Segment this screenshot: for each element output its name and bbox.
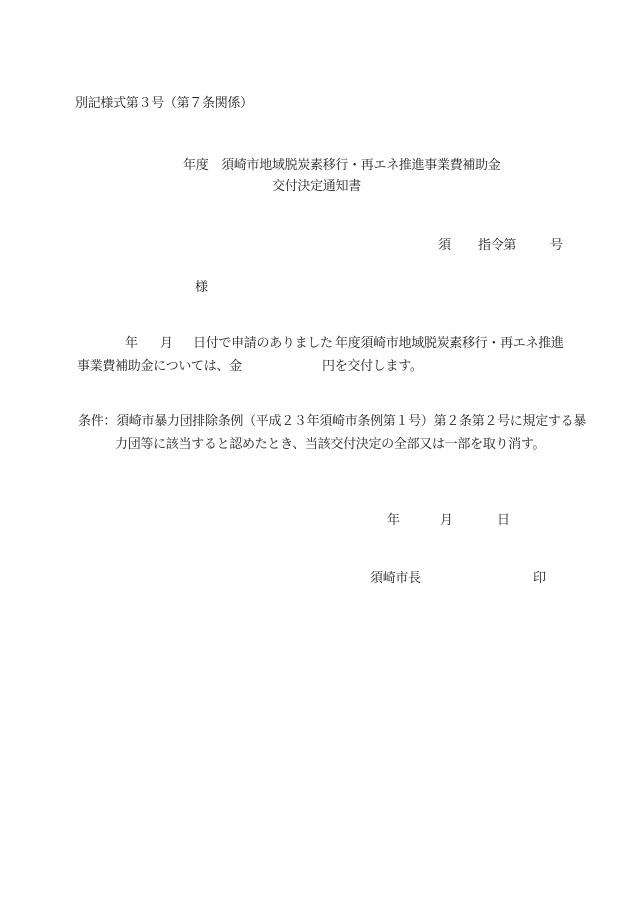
signature-issuer: 須崎市長 — [370, 571, 421, 586]
document-page: 別記様式第３号（第７条関係） 年度 須崎市地域脱炭素移行・再エネ推進事業費補助金… — [0, 0, 630, 903]
body-program-name: 年度須崎市地域脱炭素移行・再エネ推進 — [335, 336, 564, 351]
issue-date-month-label: 月 — [440, 513, 453, 528]
body-application-text: 日付で申請のありました — [193, 336, 333, 351]
body-grant-amount-tail: 円を交付します。 — [322, 359, 423, 374]
directive-number-prefix: 須 — [438, 238, 451, 253]
document-title-line1: 年度 須崎市地域脱炭素移行・再エネ推進事業費補助金 — [183, 158, 501, 173]
issue-date-day-label: 日 — [497, 513, 510, 528]
body-date-month-label: 月 — [160, 336, 173, 351]
document-title-line2: 交付決定通知書 — [272, 179, 361, 194]
addressee-honorific: 様 — [195, 280, 208, 295]
signature-seal-mark: 印 — [533, 571, 546, 586]
body-date-year-label: 年 — [125, 336, 138, 351]
conditions-line2: 力団等に該当すると認めたとき、当該交付決定の全部又は一部を取り消す。 — [115, 437, 545, 452]
directive-number-suffix: 号 — [550, 238, 563, 253]
directive-number-label: 指令第 — [478, 238, 516, 253]
body-grant-amount-text: 事業費補助金については、金 — [77, 359, 242, 374]
conditions-line1: 条件：須崎市暴力団排除条例（平成２３年須崎市条例第１号）第２条第２号に規定する暴 — [78, 414, 586, 429]
form-number-note: 別記様式第３号（第７条関係） — [75, 96, 253, 111]
issue-date-year-label: 年 — [387, 513, 400, 528]
